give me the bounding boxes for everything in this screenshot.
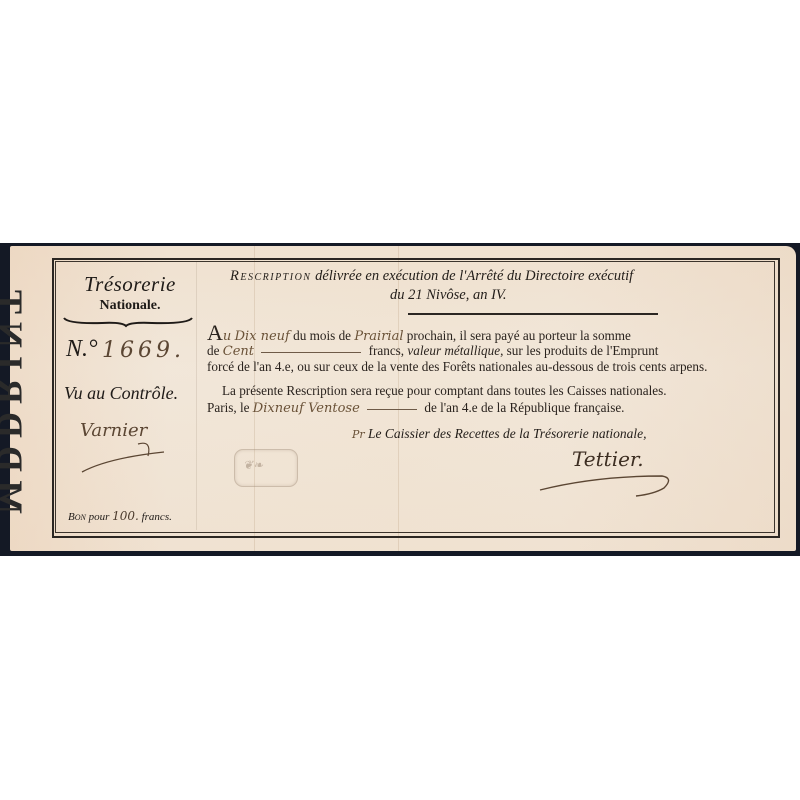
handwritten-prefix: Pr	[352, 428, 365, 441]
flourish-ornament-icon	[62, 314, 194, 328]
control-label: Vu au Contrôle.	[64, 383, 178, 404]
bon-label: Bon	[68, 511, 86, 523]
handwritten-date: Dixneuf Ventose	[253, 401, 360, 416]
valeur-metallique: valeur métallique	[407, 343, 500, 358]
header-line-2: du 21 Nivôse, an IV.	[390, 287, 507, 304]
torn-edge-strip: MDDRINT	[10, 262, 30, 554]
drop-cap-suffix: u	[223, 329, 231, 344]
bon-amount: 100.	[112, 509, 139, 523]
edge-text: MDDRINT	[0, 282, 20, 514]
header-line-1: Rescription délivrée en exécution de l'A…	[230, 268, 770, 285]
header-title: Rescription	[230, 268, 311, 284]
body-line-5: Paris, le Dixneuf Ventose de l'an 4.e de…	[207, 400, 624, 416]
stub-subtitle: Nationale.	[70, 298, 190, 314]
fill-line	[261, 351, 361, 353]
signature-flourish-icon	[78, 438, 168, 478]
stub-divider	[196, 262, 197, 530]
body-line-4: La présente Rescription sera reçue pour …	[222, 383, 667, 399]
cashier-title: Le Caissier des Recettes de la Trésoreri…	[368, 426, 646, 441]
drop-cap: A	[207, 320, 223, 345]
cashier-signature: Tettier.	[572, 447, 644, 471]
text: de	[207, 343, 219, 358]
text: Paris, le	[207, 400, 250, 415]
text: du mois de	[293, 328, 351, 343]
handwritten-month: Prairial	[354, 329, 403, 344]
serial-number-label: N.°	[66, 336, 98, 363]
handwritten-amount: Cent	[223, 344, 254, 359]
body-line-3: forcé de l'an 4.e, ou sur ceux de la ven…	[207, 359, 707, 375]
header-line-1-rest: délivrée en exécution de l'Arrêté du Dir…	[315, 268, 633, 284]
text: francs,	[369, 343, 405, 358]
cashier-title-line: Pr Le Caissier des Recettes de la Trésor…	[352, 426, 647, 442]
fill-line	[367, 408, 417, 410]
text: , sur les produits de l'Emprunt	[500, 343, 658, 358]
seal-emboss: ❦❧	[243, 458, 263, 473]
text: prochain, il sera payé au porteur la som…	[407, 328, 631, 343]
bon-pour-line: Bon pour 100. francs.	[68, 509, 172, 523]
bon-pour: pour	[89, 511, 110, 523]
text: de l'an 4.e de la République française.	[424, 400, 624, 415]
signature-flourish-icon	[536, 470, 676, 500]
handwritten-day: Dix neuf	[235, 329, 290, 344]
bon-currency: francs.	[142, 511, 172, 523]
serial-number-value: 1669.	[102, 338, 185, 363]
stub-title: Trésorerie	[70, 272, 190, 297]
header-rule	[408, 313, 658, 315]
body-line-2: de Cent francs, valeur métallique, sur l…	[207, 343, 658, 359]
dry-seal-stamp: ❦❧	[234, 449, 298, 487]
